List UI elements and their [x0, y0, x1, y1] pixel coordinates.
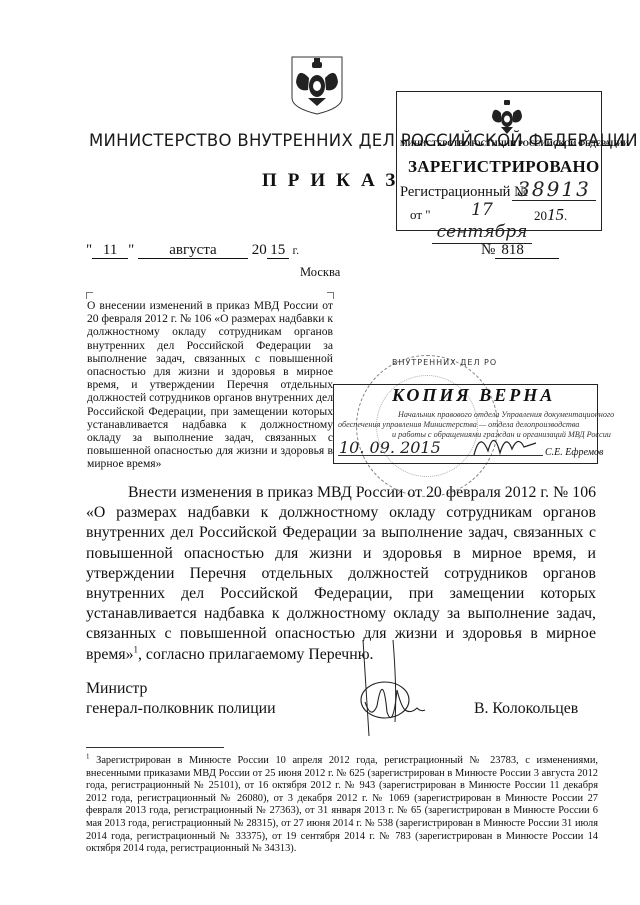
- order-date: "11" августа 2015 г.: [86, 242, 299, 259]
- order-month: августа: [138, 242, 248, 259]
- registration-stamp-title: ЗАРЕГИСТРИРОВАНО: [408, 157, 600, 177]
- order-body-text: Внести изменения в приказ МВД России от …: [86, 484, 596, 663]
- registration-date-label: от ": [410, 207, 431, 223]
- order-day: 11: [92, 242, 128, 259]
- signer-title: Министр: [86, 680, 147, 698]
- footnote-text: Зарегистрирован в Минюсте России 10 апре…: [86, 755, 598, 854]
- order-city: Москва: [300, 265, 340, 280]
- order-body: Внести изменения в приказ МВД России от …: [86, 483, 596, 665]
- order-year-suffix: г.: [293, 243, 300, 257]
- registration-year-value: 15: [547, 205, 564, 224]
- order-body-text-end: , согласно прилагаемому Перечню.: [138, 646, 373, 663]
- minister-signature-icon: [355, 640, 435, 740]
- stamp-coat-of-arms-icon: [488, 97, 526, 137]
- coat-of-arms-icon: [288, 54, 346, 116]
- document-type-heading: ПРИКАЗ: [262, 170, 406, 192]
- registration-stamp-header: МИНИСТЕРСТВО ЮСТИЦИИ РОССИЙСКОЙ ФЕДЕРАЦИ…: [400, 139, 600, 148]
- order-year-prefix: 20: [252, 242, 267, 258]
- footnote: 1 Зарегистрирован в Минюсте России 10 ап…: [86, 755, 598, 856]
- seal-text: ВНУТРЕННИХ ДЕЛ РО: [392, 358, 497, 367]
- order-number: №818: [481, 242, 559, 259]
- signer-rank: генерал-полковник полиции: [86, 700, 276, 718]
- copy-stamp-signature-icon: [470, 425, 540, 461]
- order-number-value: 818: [495, 242, 559, 259]
- subject-bracket-left: [86, 292, 93, 299]
- copy-stamp-line-1: Начальник правового отдела Управления до…: [398, 410, 614, 419]
- registration-date-value: 17 сентября: [432, 199, 532, 244]
- subject-bracket-right: [327, 292, 334, 299]
- copy-stamp-title: КОПИЯ ВЕРНА: [392, 385, 555, 406]
- registration-year-prefix: 20: [534, 208, 547, 223]
- footnote-separator: [86, 747, 224, 748]
- footnote-marker: 1: [86, 753, 90, 761]
- order-subject: О внесении изменений в приказ МВД России…: [87, 299, 333, 471]
- copy-stamp-signer: С.Е. Ефремов: [545, 447, 603, 458]
- registration-year: 2015.: [534, 205, 567, 225]
- order-number-label: №: [481, 242, 495, 258]
- registration-number-value: 38913: [512, 178, 596, 201]
- copy-stamp-line-2: обеспечения управления Министерства — от…: [338, 420, 579, 429]
- signer-name: В. Колокольцев: [474, 700, 578, 718]
- registration-year-suffix: .: [564, 208, 567, 223]
- order-year-value: 15: [267, 242, 289, 259]
